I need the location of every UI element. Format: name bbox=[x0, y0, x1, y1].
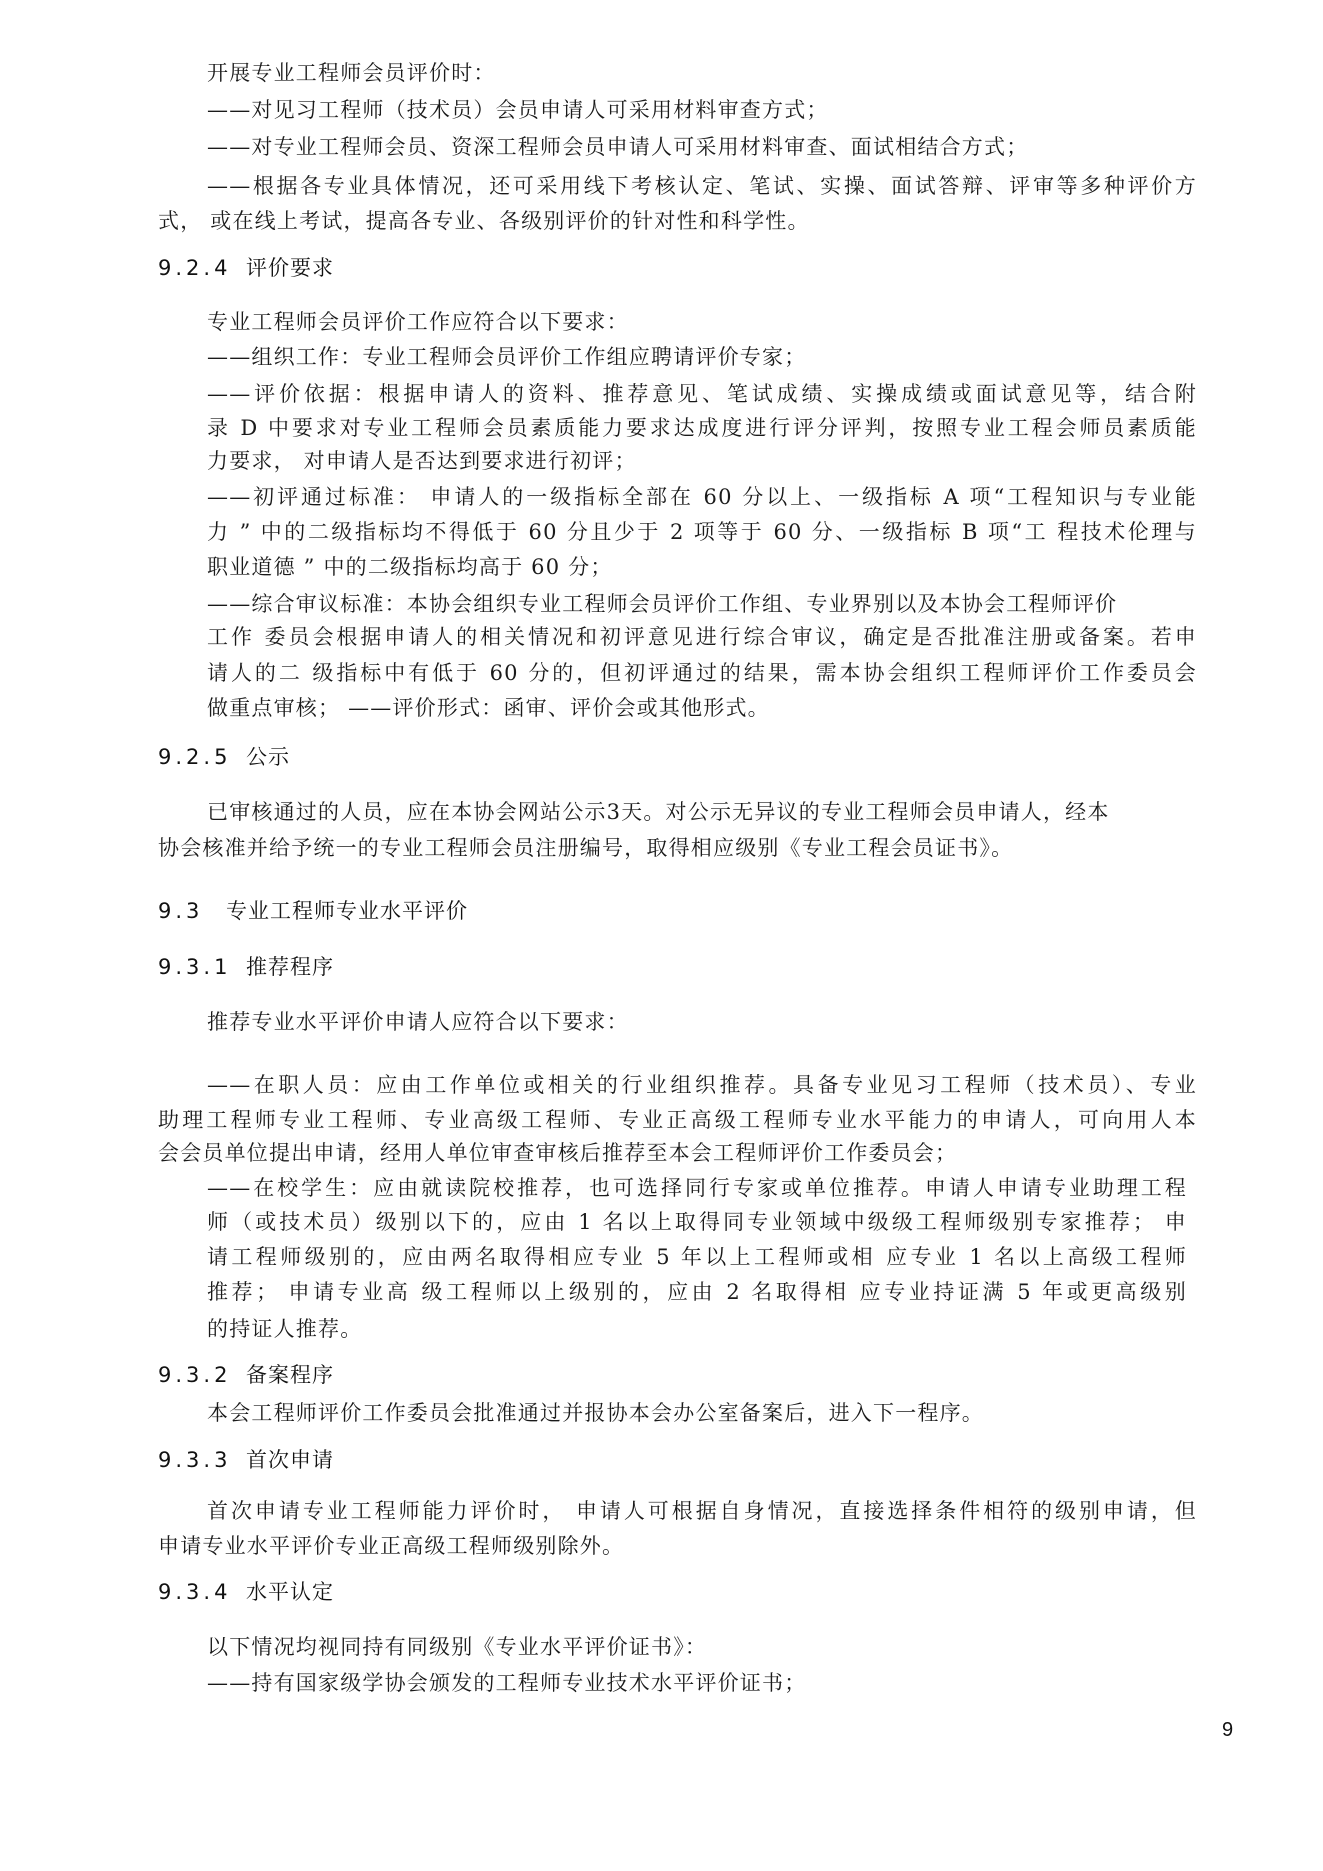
list-item-continuation: 力 ” 中的二级指标均不得低于 60 分且少于 2 项等于 60 分、一级指标 … bbox=[207, 518, 1197, 546]
section-number: 9.3.2 bbox=[158, 1361, 246, 1389]
list-item: ——对见习工程师（技术员）会员申请人可采用材料审查方式； bbox=[207, 96, 829, 124]
section-heading-9-3-4: 9.3.4水平认定 bbox=[158, 1578, 334, 1606]
list-item-continuation: 助理工程师专业工程师、专业高级工程师、专业正高级工程师专业水平能力的申请人，可向… bbox=[158, 1106, 1197, 1134]
list-item: ——评价依据：根据申请人的资料、推荐意见、笔试成绩、实操成绩或面试意见等，结合附 bbox=[207, 380, 1197, 408]
list-item: ——根据各专业具体情况，还可采用线下考核认定、笔试、实操、面试答辩、评审等多种评… bbox=[207, 172, 1197, 200]
list-item-continuation: 力要求， 对申请人是否达到要求进行初评； bbox=[207, 447, 637, 475]
paragraph-line: 协会核准并给予统一的专业工程师会员注册编号，取得相应级别《专业工程会员证书》。 bbox=[158, 834, 1013, 862]
section-number: 9.3 bbox=[158, 897, 226, 925]
list-item-continuation: 推荐； 申请专业高 级工程师以上级别的，应由 2 名取得相 应专业持证满 5 年… bbox=[207, 1278, 1187, 1306]
section-title: 专业工程师专业水平评价 bbox=[226, 899, 468, 923]
document-page: 开展专业工程师会员评价时： ——对见习工程师（技术员）会员申请人可采用材料审查方… bbox=[0, 0, 1323, 1871]
section-title: 首次申请 bbox=[246, 1448, 334, 1472]
list-item-continuation: 式， 或在线上考试，提高各专业、各级别评价的针对性和科学性。 bbox=[158, 207, 810, 235]
list-item: ——对专业工程师会员、资深工程师会员申请人可采用材料审查、面试相结合方式； bbox=[207, 133, 1028, 161]
section-title: 公示 bbox=[246, 745, 290, 769]
list-item: ——在职人员：应由工作单位或相关的行业组织推荐。具备专业见习工程师（技术员）、专… bbox=[207, 1071, 1197, 1099]
paragraph-line: 专业工程师会员评价工作应符合以下要求： bbox=[207, 308, 629, 336]
list-item: ——在校学生：应由就读院校推荐，也可选择同行专家或单位推荐。申请人申请专业助理工… bbox=[207, 1174, 1187, 1202]
list-item-continuation: 请工程师级别的，应由两名取得相应专业 5 年以上工程师或相 应专业 1 名以上高… bbox=[207, 1243, 1187, 1271]
section-title: 水平认定 bbox=[246, 1580, 334, 1604]
section-number: 9.3.1 bbox=[158, 953, 246, 981]
paragraph-line: 已审核通过的人员，应在本协会网站公示3天。对公示无异议的专业工程师会员申请人，经… bbox=[207, 798, 1110, 826]
section-heading-9-3: 9.3专业工程师专业水平评价 bbox=[158, 897, 468, 925]
section-heading-9-3-2: 9.3.2备案程序 bbox=[158, 1361, 334, 1389]
section-number: 9.3.3 bbox=[158, 1446, 246, 1474]
section-heading-9-3-3: 9.3.3首次申请 bbox=[158, 1446, 334, 1474]
paragraph-line: 以下情况均视同持有同级别《专业水平评价证书》： bbox=[207, 1633, 707, 1661]
section-title: 备案程序 bbox=[246, 1363, 334, 1387]
section-number: 9.3.4 bbox=[158, 1578, 246, 1606]
list-item: ——持有国家级学协会颁发的工程师专业技术水平评价证书； bbox=[207, 1669, 806, 1697]
paragraph-line: 开展专业工程师会员评价时： bbox=[207, 59, 496, 87]
section-number: 9.2.4 bbox=[158, 254, 246, 282]
paragraph-line: 首次申请专业工程师能力评价时， 申请人可根据自身情况，直接选择条件相符的级别申请… bbox=[207, 1497, 1197, 1525]
list-item-continuation: 师（或技术员）级别以下的，应由 1 名以上取得同专业领域中级级工程师级别专家推荐… bbox=[207, 1208, 1187, 1236]
list-item-continuation: 做重点审核； ——评价形式：函审、评价会或其他形式。 bbox=[207, 694, 770, 722]
list-item: ——组织工作：专业工程师会员评价工作组应聘请评价专家； bbox=[207, 343, 806, 371]
list-item: ——综合审议标准：本协会组织专业工程师会员评价工作组、专业界别以及本协会工程师评… bbox=[207, 590, 1117, 618]
section-heading-9-2-4: 9.2.4评价要求 bbox=[158, 254, 334, 282]
list-item-continuation: 的持证人推荐。 bbox=[207, 1315, 362, 1343]
paragraph-line: 申请专业水平评价专业正高级工程师级别除外。 bbox=[158, 1532, 624, 1560]
paragraph-line: 推荐专业水平评价申请人应符合以下要求： bbox=[207, 1008, 629, 1036]
list-item-continuation: 请人的二 级指标中有低于 60 分的，但初评通过的结果，需本协会组织工程师评价工… bbox=[207, 659, 1197, 687]
section-heading-9-3-1: 9.3.1推荐程序 bbox=[158, 953, 334, 981]
list-item: ——初评通过标准： 申请人的一级指标全部在 60 分以上、一级指标 A 项“工程… bbox=[207, 483, 1197, 511]
section-title: 推荐程序 bbox=[246, 955, 334, 979]
paragraph-line: 本会工程师评价工作委员会批准通过并报协本会办公室备案后，进入下一程序。 bbox=[207, 1399, 984, 1427]
section-heading-9-2-5: 9.2.5公示 bbox=[158, 743, 290, 771]
list-item-continuation: 录 D 中要求对专业工程师会员素质能力要求达成度进行评分评判，按照专业工程会师员… bbox=[207, 414, 1197, 442]
list-item-continuation: 会会员单位提出申请，经用人单位审查审核后推荐至本会工程师评价工作委员会； bbox=[158, 1139, 957, 1167]
section-number: 9.2.5 bbox=[158, 743, 246, 771]
section-title: 评价要求 bbox=[246, 256, 334, 280]
list-item-continuation: 职业道德 ” 中的二级指标均高于 60 分； bbox=[207, 553, 613, 581]
list-item-continuation: 工作 委员会根据申请人的相关情况和初评意见进行综合审议，确定是否批准注册或备案。… bbox=[207, 623, 1197, 651]
page-number: 9 bbox=[1222, 1719, 1233, 1742]
